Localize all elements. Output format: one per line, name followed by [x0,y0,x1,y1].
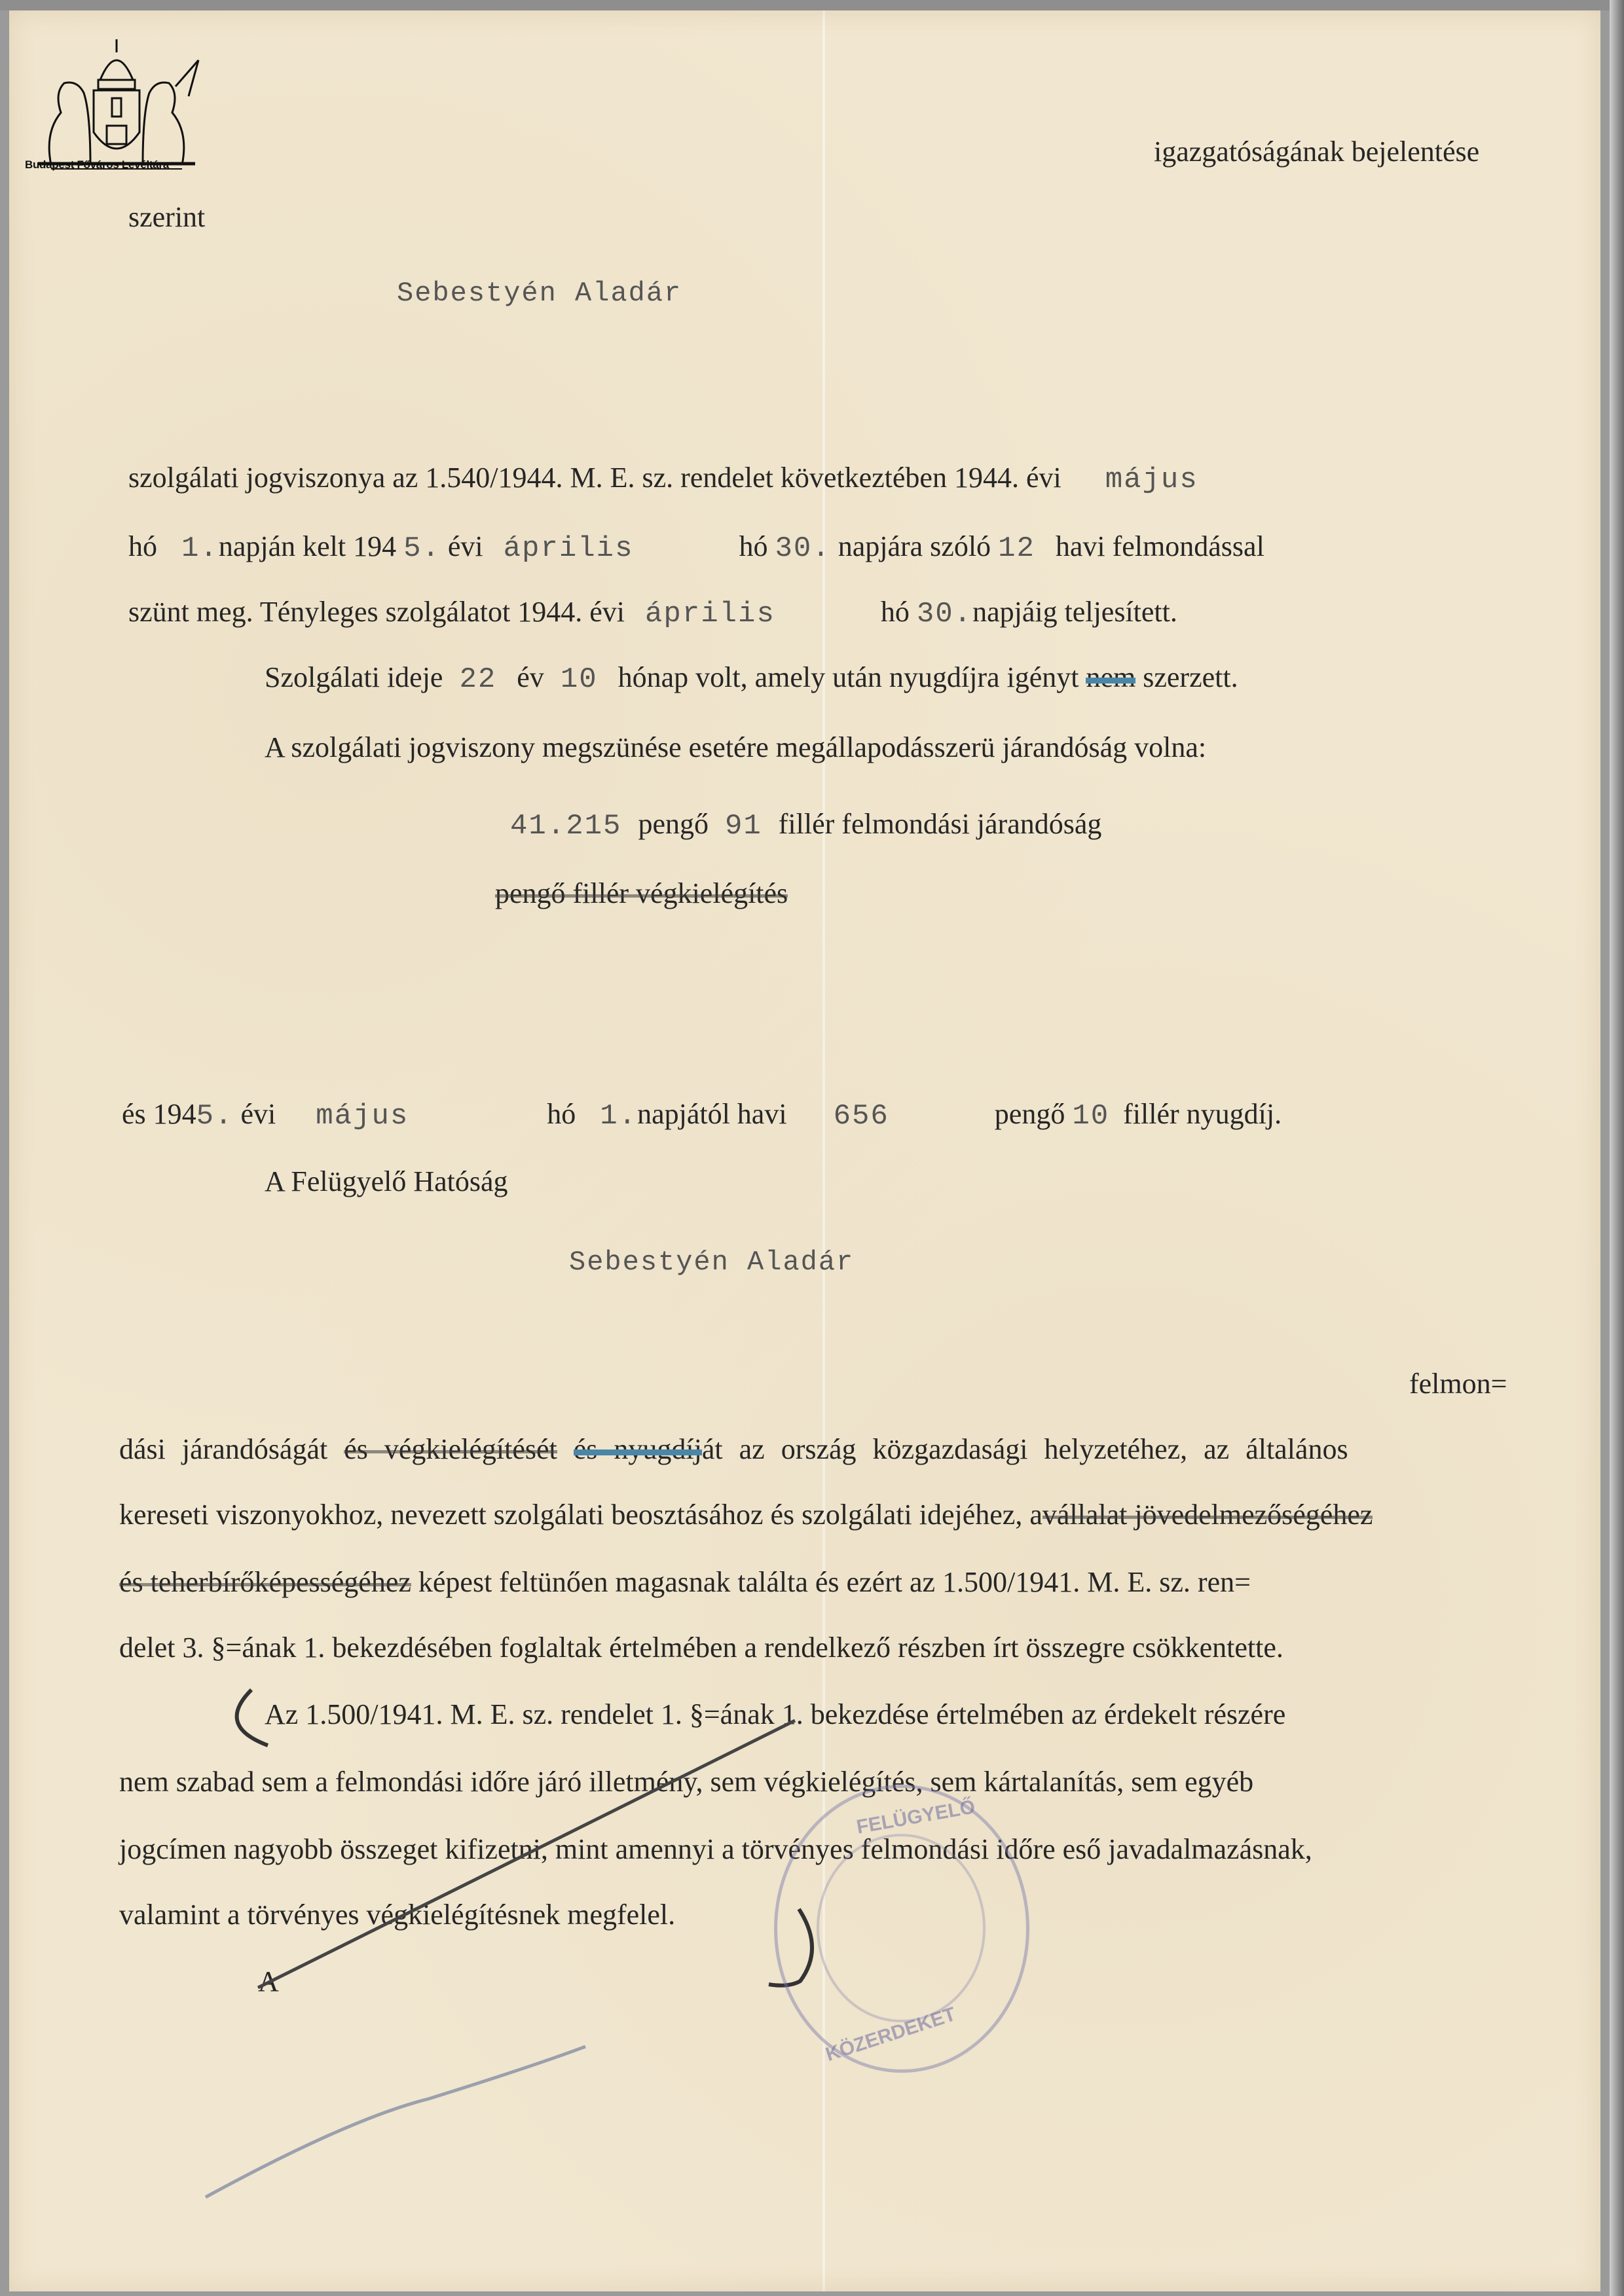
stamp-inner-ring [817,1834,986,2022]
scan-top-edge [0,0,1624,10]
document-page: Budapest Főváros Levéltára igazgatóságán… [9,10,1600,2291]
official-stamp: FELÜGYELŐ KÖZERDEKET [774,1785,1029,2073]
left-bracket-icon [237,1690,268,1745]
pencil-scribble-icon [206,2047,585,2197]
stamp-top-text: FELÜGYELŐ [855,1796,976,1838]
scan-right-edge [1610,0,1624,2296]
cross-out-line-icon [258,1721,795,1988]
